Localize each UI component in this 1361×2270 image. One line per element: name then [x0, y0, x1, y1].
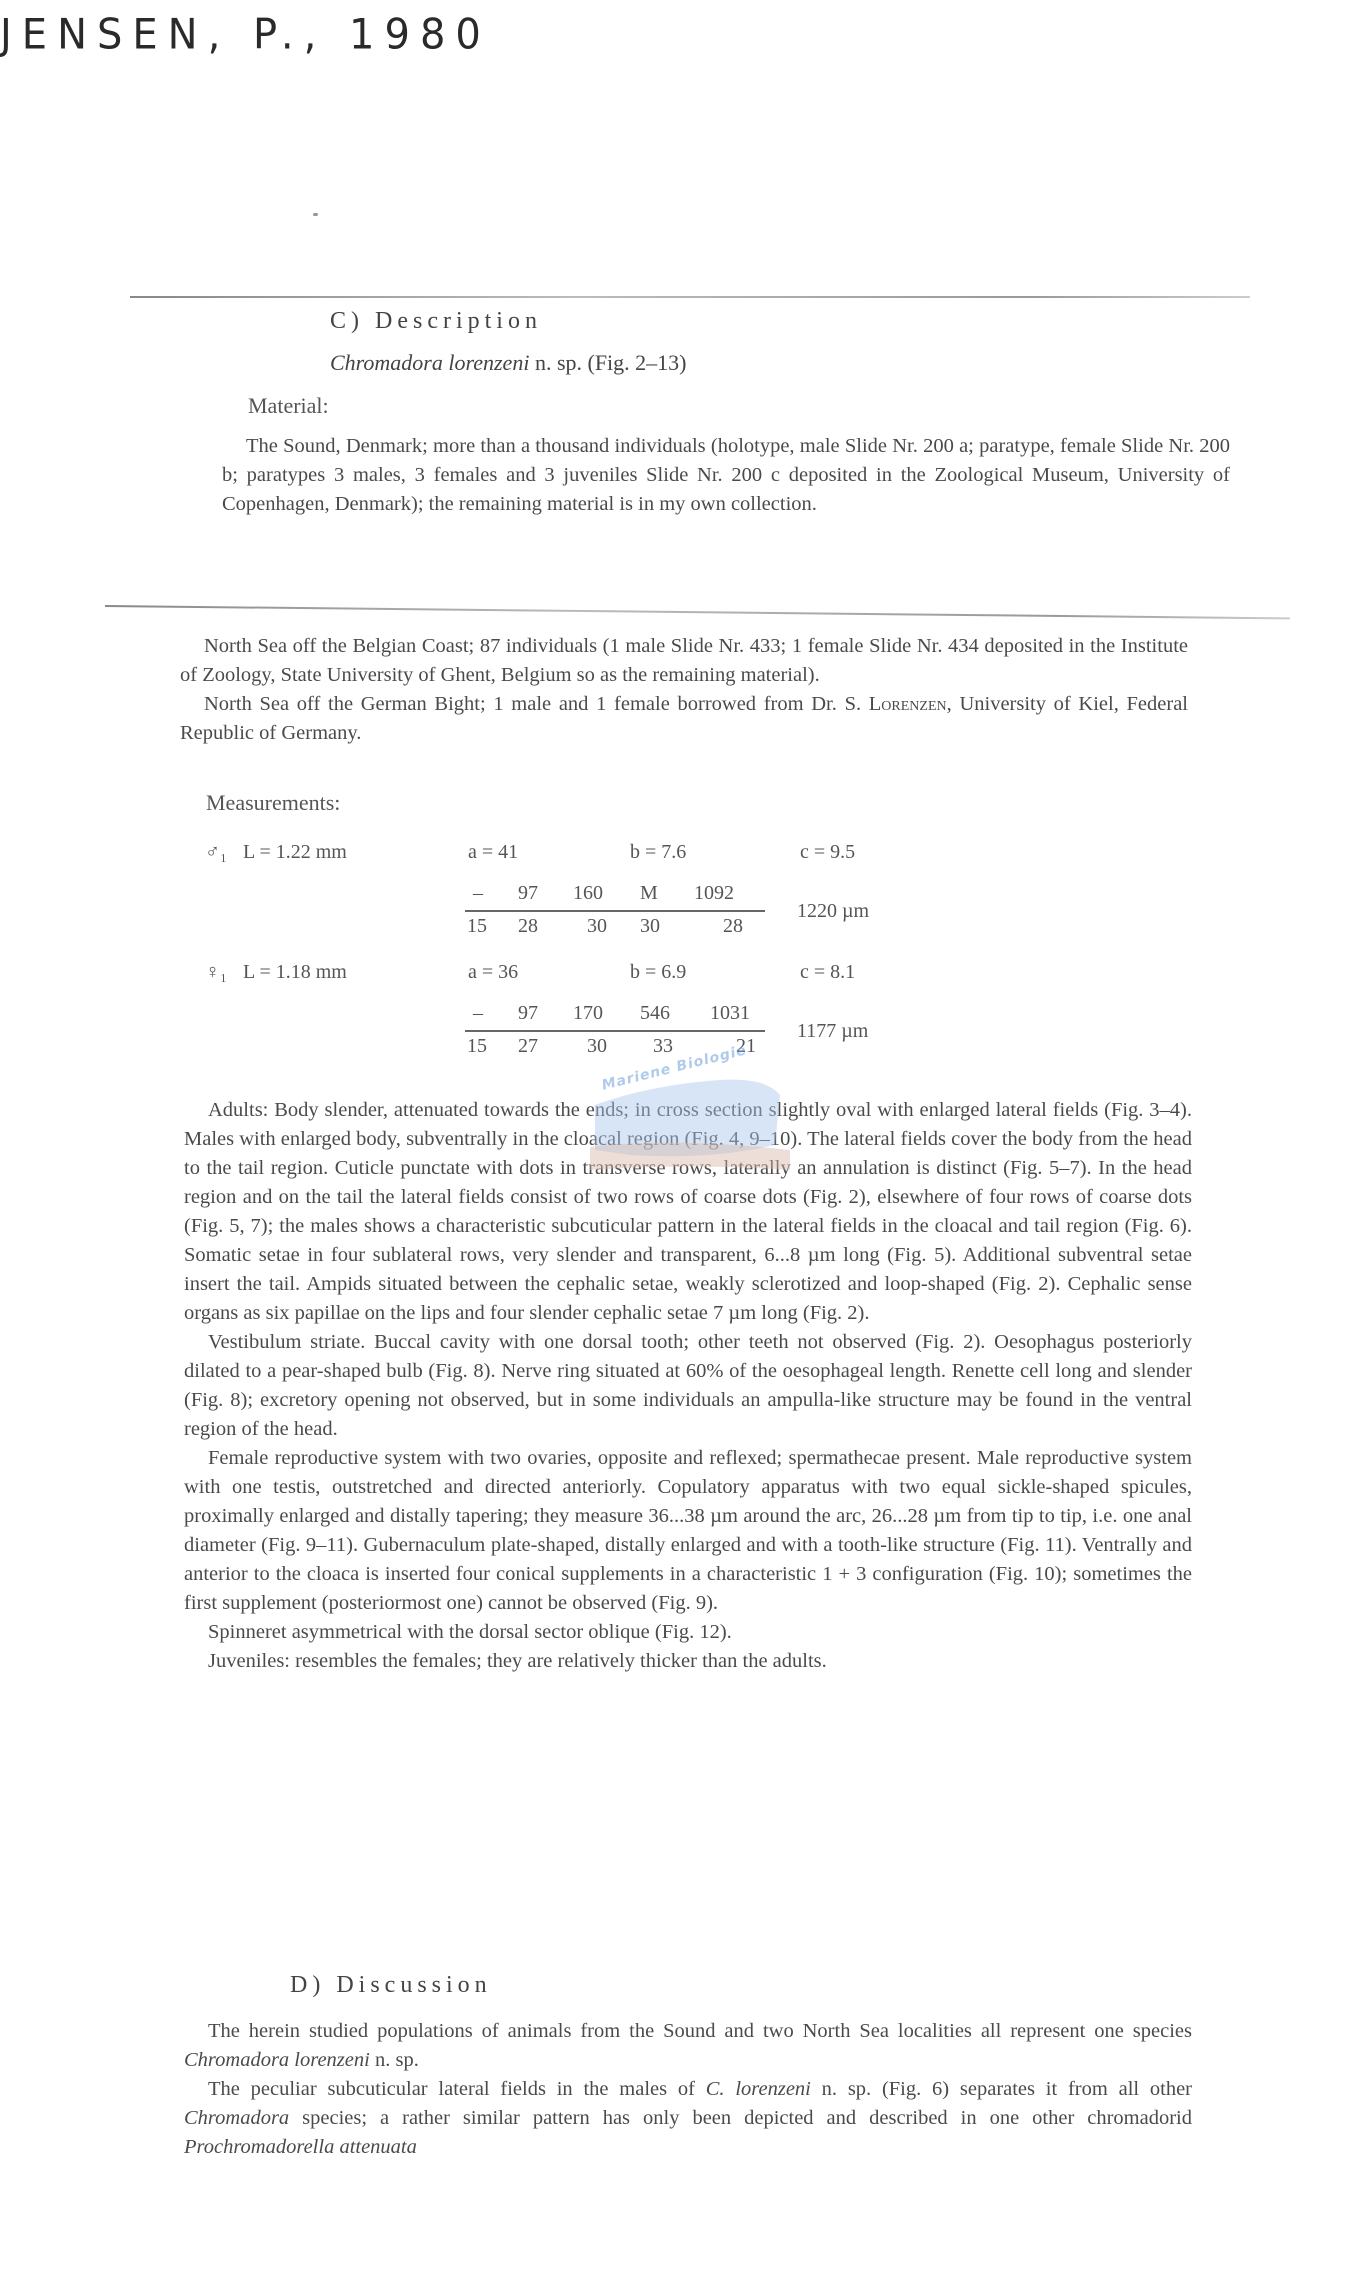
juveniles-paragraph: Juveniles: resembles the females; they a…	[184, 1647, 1192, 1676]
male-c: c = 9.5	[800, 841, 855, 864]
female-a: a = 36	[468, 961, 518, 984]
female-num-0: –	[473, 1002, 483, 1025]
discussion-paragraph-2: The peculiar subcuticular lateral fields…	[184, 2075, 1192, 2162]
male-num-4: 1092	[694, 882, 734, 905]
female-symbol: ♀₁	[205, 961, 227, 984]
adults-paragraph: Adults: Body slender, attenuated towards…	[184, 1096, 1192, 1328]
female-den-4: 21	[736, 1035, 756, 1058]
male-den-0: 15	[467, 915, 487, 938]
female-num-1: 97	[518, 1002, 538, 1025]
adults-description: Adults: Body slender, attenuated towards…	[184, 1096, 1192, 1676]
female-total: 1177 µm	[797, 1020, 868, 1043]
male-a: a = 41	[468, 841, 518, 864]
discussion-paragraph-1: The herein studied populations of animal…	[184, 2017, 1192, 2075]
male-num-0: –	[473, 882, 483, 905]
female-length: L = 1.18 mm	[243, 961, 347, 984]
male-den-4: 28	[723, 915, 743, 938]
spinneret-paragraph: Spinneret asymmetrical with the dorsal s…	[184, 1618, 1192, 1647]
vestibulum-paragraph: Vestibulum striate. Buccal cavity with o…	[184, 1328, 1192, 1444]
discussion-p1-text: The herein studied populations of animal…	[208, 2020, 1192, 2042]
male-num-1: 97	[518, 882, 538, 905]
discussion-p2-text-c: species; a rather similar pattern has on…	[289, 2107, 1192, 2129]
female-num-3: 546	[640, 1002, 670, 1025]
female-den-1: 27	[518, 1035, 538, 1058]
male-length: L = 1.22 mm	[243, 841, 347, 864]
male-den-1: 28	[518, 915, 538, 938]
discussion-p1-species: Chromadora lorenzeni	[184, 2049, 370, 2071]
male-fraction-line	[465, 910, 765, 912]
discussion-text: The herein studied populations of animal…	[184, 2017, 1192, 2162]
discussion-p2-text-b: n. sp. (Fig. 6) separates it from all ot…	[811, 2078, 1192, 2100]
female-fraction-line	[465, 1030, 765, 1032]
female-c: c = 8.1	[800, 961, 855, 984]
section-d-heading: D) Discussion	[290, 1972, 492, 1999]
male-total: 1220 µm	[797, 900, 869, 923]
male-den-3: 30	[640, 915, 660, 938]
female-b: b = 6.9	[630, 961, 686, 984]
male-b: b = 7.6	[630, 841, 686, 864]
discussion-p2-genus: Chromadora	[184, 2107, 289, 2129]
female-den-3: 33	[653, 1035, 673, 1058]
measurements-table: ♂₁ L = 1.22 mm a = 41 b = 7.6 c = 9.5 – …	[0, 0, 1361, 1100]
reproductive-paragraph: Female reproductive system with two ovar…	[184, 1444, 1192, 1618]
female-den-0: 15	[467, 1035, 487, 1058]
discussion-p1-suffix: n. sp.	[370, 2049, 419, 2071]
male-den-2: 30	[587, 915, 607, 938]
discussion-p2-species: C. lorenzeni	[706, 2078, 811, 2100]
female-num-4: 1031	[710, 1002, 750, 1025]
discussion-p2-species2: Prochromadorella attenuata	[184, 2136, 417, 2158]
discussion-p2-text-a: The peculiar subcuticular lateral fields…	[208, 2078, 706, 2100]
male-num-2: 160	[573, 882, 603, 905]
male-num-3: M	[640, 882, 658, 905]
female-den-2: 30	[587, 1035, 607, 1058]
female-num-2: 170	[573, 1002, 603, 1025]
male-symbol: ♂₁	[205, 841, 227, 864]
